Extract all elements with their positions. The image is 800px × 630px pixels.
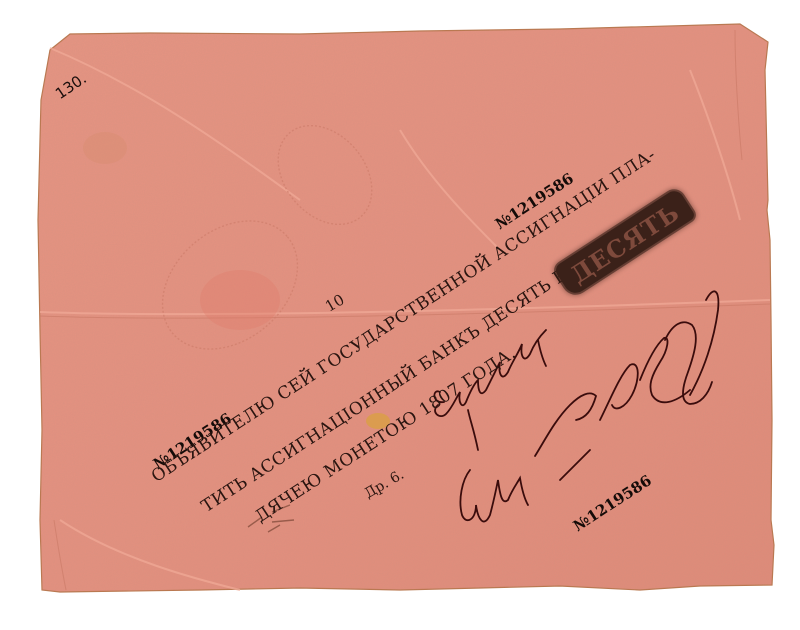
banknote-photo: 130. 10 №1219586 №1219586 №1219586 ОБЪЯВ… [0,0,800,630]
